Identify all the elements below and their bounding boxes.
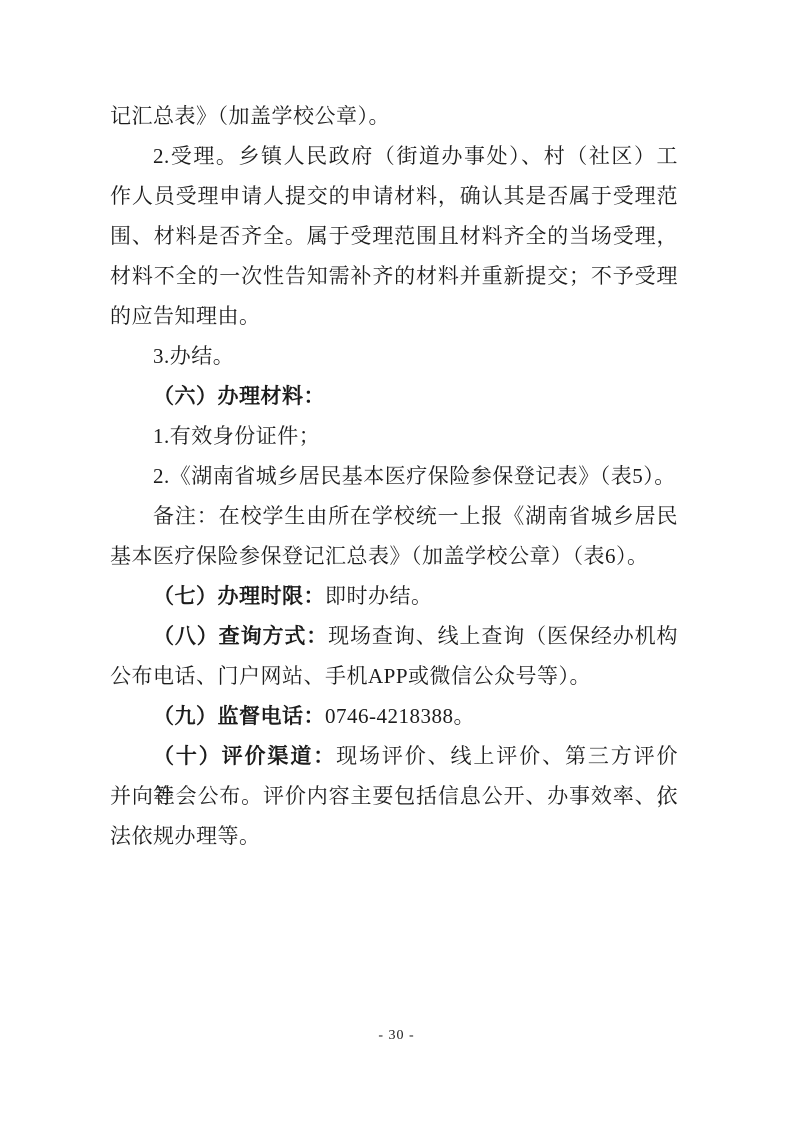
body-text: 记汇总表》（加盖学校公章）。 bbox=[110, 104, 390, 128]
document-line: （七）办理时限：即时办结。 bbox=[110, 576, 678, 616]
document-line: （六）办理材料： bbox=[110, 376, 678, 416]
body-text: 2.《湖南省城乡居民基本医疗保险参保登记表》（表5）。 bbox=[153, 464, 676, 488]
document-line: 围、材料是否齐全。属于受理范围且材料齐全的当场受理， bbox=[110, 216, 678, 256]
body-text: 材料不全的一次性告知需补齐的材料并重新提交；不予受理 bbox=[110, 264, 678, 288]
heading-text: （七）办理时限： bbox=[153, 584, 325, 608]
document-line: （八）查询方式：现场查询、线上查询（医保经办机构 bbox=[110, 616, 678, 656]
document-line: 法依规办理等。 bbox=[110, 816, 678, 856]
body-text: 0746-4218388。 bbox=[325, 704, 475, 728]
document-line: 2.受理。乡镇人民政府（街道办事处）、村（社区）工 bbox=[110, 136, 678, 176]
body-text: 即时办结。 bbox=[325, 584, 433, 608]
document-line: （九）监督电话：0746-4218388。 bbox=[110, 696, 678, 736]
heading-text: （十）评价渠道： bbox=[153, 744, 336, 768]
body-text: 2.受理。乡镇人民政府（街道办事处）、村（社区）工 bbox=[153, 144, 678, 168]
body-text: 作人员受理申请人提交的申请材料，确认其是否属于受理范 bbox=[110, 184, 678, 208]
document-line: 备注：在校学生由所在学校统一上报《湖南省城乡居民 bbox=[110, 496, 678, 536]
heading-text: （九）监督电话： bbox=[153, 704, 325, 728]
document-line: 3.办结。 bbox=[110, 336, 678, 376]
document-line: 作人员受理申请人提交的申请材料，确认其是否属于受理范 bbox=[110, 176, 678, 216]
document-line: 并向社会公布。评价内容主要包括信息公开、办事效率、依 bbox=[110, 776, 678, 816]
body-text: 并向社会公布。评价内容主要包括信息公开、办事效率、依 bbox=[110, 784, 678, 808]
document-line: 2.《湖南省城乡居民基本医疗保险参保登记表》（表5）。 bbox=[110, 456, 678, 496]
document-line: 记汇总表》（加盖学校公章）。 bbox=[110, 96, 678, 136]
document-line: 1.有效身份证件； bbox=[110, 416, 678, 456]
document-line: （十）评价渠道：现场评价、线上评价、第三方评价等， bbox=[110, 736, 678, 776]
body-text: 3.办结。 bbox=[153, 344, 234, 368]
body-text: 基本医疗保险参保登记汇总表》（加盖学校公章）（表6）。 bbox=[110, 544, 649, 568]
heading-text: （八）查询方式： bbox=[153, 624, 328, 648]
heading-text: （六）办理材料： bbox=[153, 384, 325, 408]
document-line: 材料不全的一次性告知需补齐的材料并重新提交；不予受理 bbox=[110, 256, 678, 296]
document-body: 记汇总表》（加盖学校公章）。2.受理。乡镇人民政府（街道办事处）、村（社区）工作… bbox=[110, 96, 678, 856]
page-number: - 30 - bbox=[0, 1028, 793, 1044]
body-text: 现场查询、线上查询（医保经办机构 bbox=[328, 624, 678, 648]
body-text: 公布电话、门户网站、手机APP或微信公众号等）。 bbox=[110, 664, 591, 688]
document-line: 基本医疗保险参保登记汇总表》（加盖学校公章）（表6）。 bbox=[110, 536, 678, 576]
body-text: 围、材料是否齐全。属于受理范围且材料齐全的当场受理， bbox=[110, 224, 678, 248]
document-line: 公布电话、门户网站、手机APP或微信公众号等）。 bbox=[110, 656, 678, 696]
document-page: 记汇总表》（加盖学校公章）。2.受理。乡镇人民政府（街道办事处）、村（社区）工作… bbox=[0, 0, 793, 1122]
body-text: 1.有效身份证件； bbox=[153, 424, 320, 448]
body-text: 备注：在校学生由所在学校统一上报《湖南省城乡居民 bbox=[153, 504, 678, 528]
document-line: 的应告知理由。 bbox=[110, 296, 678, 336]
body-text: 法依规办理等。 bbox=[110, 824, 261, 848]
body-text: 的应告知理由。 bbox=[110, 304, 261, 328]
